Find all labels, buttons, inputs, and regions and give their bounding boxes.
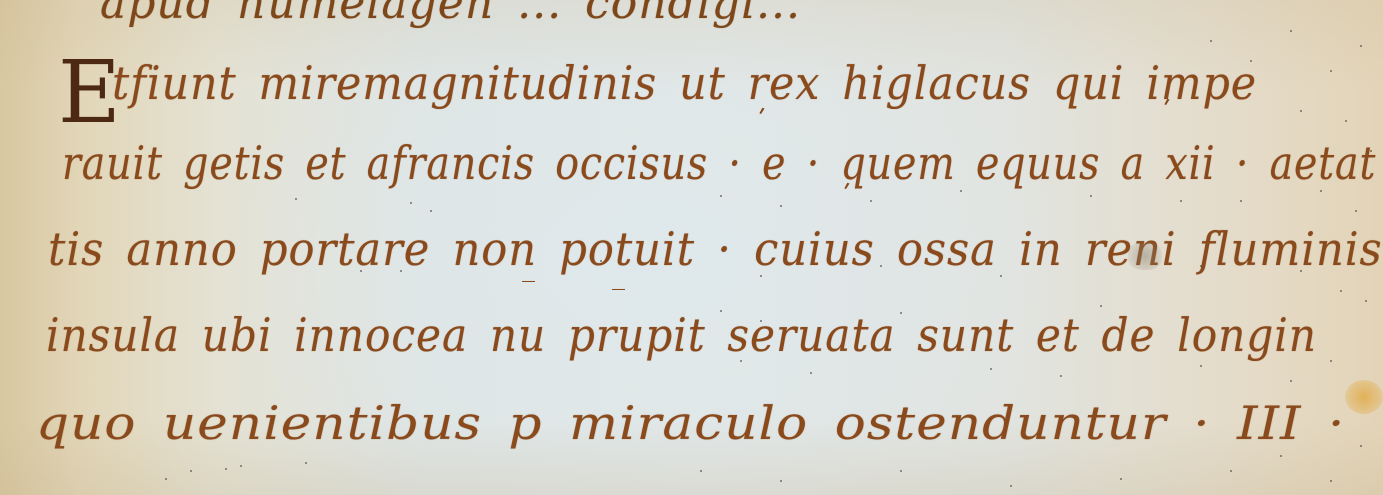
- ink-speck: [1090, 195, 1092, 197]
- ink-speck: [400, 270, 402, 272]
- manuscript-page: apud humelagen ... condigi... E tfiunt m…: [0, 0, 1383, 495]
- manuscript-line-2: rauit getis et afrancis occisus · e · qu…: [62, 136, 1376, 190]
- ink-speck: [190, 470, 192, 472]
- ink-speck: [1200, 265, 1202, 267]
- ink-speck: [1200, 365, 1202, 367]
- ink-speck: [810, 372, 812, 374]
- ink-speck: [410, 202, 412, 204]
- ink-speck: [430, 210, 432, 212]
- ink-speck: [1345, 120, 1347, 122]
- ink-speck: [1120, 478, 1122, 480]
- ink-speck: [1180, 200, 1182, 202]
- manuscript-line-3: tis anno portare non potuit · cuius ossa…: [48, 222, 1383, 276]
- ink-speck: [1360, 445, 1362, 447]
- ink-speck: [700, 470, 702, 472]
- parchment-smudge: [1128, 242, 1162, 270]
- ink-speck: [1290, 30, 1292, 32]
- ink-speck: [1330, 70, 1332, 72]
- macron-mark: ‾: [522, 278, 535, 308]
- ink-speck: [1230, 470, 1232, 472]
- macron-mark: ‾: [612, 286, 625, 316]
- ink-speck: [900, 470, 902, 472]
- ink-speck: [600, 260, 602, 262]
- ink-speck: [225, 468, 227, 470]
- ink-speck: [1000, 275, 1002, 277]
- ink-speck: [740, 360, 742, 362]
- ink-speck: [1360, 45, 1362, 47]
- ink-speck: [1300, 110, 1302, 112]
- manuscript-line-1: tfiunt miremagnitudinis ut rex higlacus …: [112, 56, 1257, 110]
- ink-speck: [1280, 455, 1282, 457]
- ink-speck: [1330, 480, 1332, 482]
- ink-speck: [1250, 60, 1252, 62]
- ink-speck: [295, 198, 297, 200]
- ink-speck: [360, 270, 362, 272]
- ink-speck: [1240, 200, 1242, 202]
- ink-speck: [1370, 150, 1372, 152]
- manuscript-line-partial-top: apud humelagen ... condigi...: [100, 0, 801, 29]
- ink-speck: [720, 310, 722, 312]
- parchment-stain: [1345, 380, 1383, 414]
- ink-speck: [1355, 210, 1357, 212]
- ink-speck: [780, 205, 782, 207]
- ink-speck: [870, 200, 872, 202]
- ink-speck: [900, 312, 902, 314]
- manuscript-line-5: quo uenientibus p miraculo ostenduntur ·…: [36, 396, 1346, 450]
- ink-speck: [165, 478, 167, 480]
- ink-speck: [1290, 380, 1292, 382]
- ink-speck: [305, 462, 307, 464]
- ink-speck: [780, 480, 782, 482]
- ink-speck: [1340, 290, 1342, 292]
- ink-speck: [1365, 300, 1367, 302]
- ink-speck: [1010, 485, 1012, 487]
- ink-speck: [720, 195, 722, 197]
- ink-speck: [1300, 270, 1302, 272]
- ink-speck: [1210, 40, 1212, 42]
- ink-speck: [960, 190, 962, 192]
- ink-speck: [880, 265, 882, 267]
- ink-speck: [990, 368, 992, 370]
- ink-speck: [1060, 375, 1062, 377]
- manuscript-line-4: insula ubi innocea nu prupit seruata sun…: [46, 308, 1317, 362]
- ink-speck: [1320, 190, 1322, 192]
- ink-speck: [1100, 305, 1102, 307]
- ink-speck: [760, 275, 762, 277]
- ink-speck: [1330, 360, 1332, 362]
- ink-speck: [760, 320, 762, 322]
- ink-speck: [240, 465, 242, 467]
